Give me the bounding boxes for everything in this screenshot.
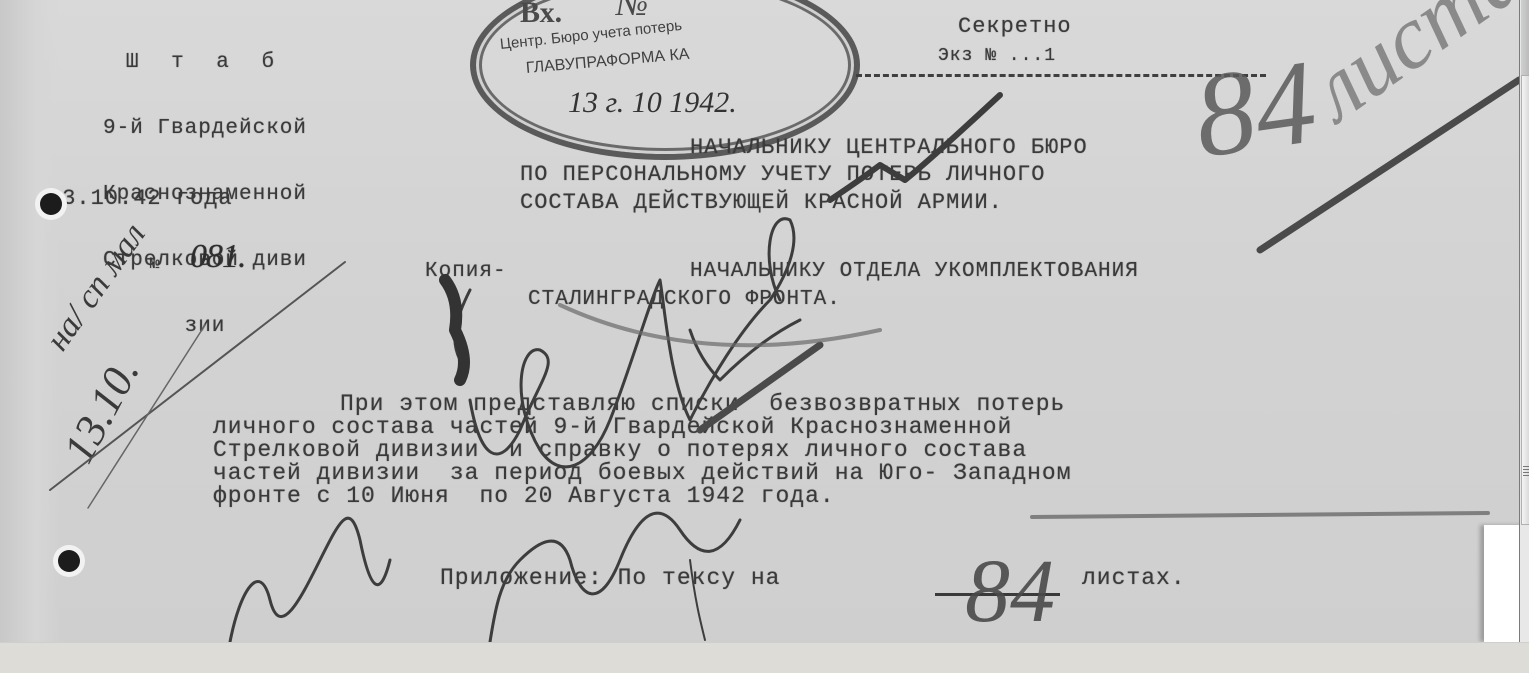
attachment-unit: листах.: [1082, 565, 1186, 591]
page-edge: [1484, 525, 1519, 642]
body-line-2: личного состава частей 9-й Гвардейской К…: [213, 416, 1012, 439]
scrollbar-track-top[interactable]: [1521, 0, 1529, 75]
scanned-document-image: Ш т а б 9-й Гвардейской Краснознаменной …: [0, 0, 1519, 642]
addressee-line-2: ПО ПЕРСОНАЛЬНОМУ УЧЕТУ ПОТЕРЬ ЛИЧНОГО: [520, 161, 1045, 188]
classification-label: Секретно: [958, 14, 1072, 39]
addressee-line-3: СОСТАВА ДЕЙСТВУЮЩЕЙ КРАСНОЙ АРМИИ.: [520, 189, 1003, 216]
document-viewer: Ш т а б 9-й Гвардейской Краснознаменной …: [0, 0, 1529, 673]
punch-hole-top: [40, 193, 62, 215]
attachment-count: 84: [965, 540, 1055, 642]
stamp-prefix: Вх.: [520, 0, 562, 30]
stamp-date: 13 г. 10 1942.: [568, 86, 737, 120]
body-line-3: Стрелковой дивизии и справку о потерях л…: [213, 439, 1027, 462]
top-right-handwritten-word: листа: [1292, 0, 1519, 141]
vertical-scrollbar[interactable]: [1519, 0, 1529, 642]
grip-icon: [1523, 466, 1529, 478]
document-number: 081.: [190, 238, 246, 276]
copy-to-line-1: НАЧАЛЬНИКУ ОТДЕЛА УКОМПЛЕКТОВАНИЯ: [690, 260, 1139, 283]
viewer-bottom-bar: [0, 642, 1529, 673]
document-date: 13.10.42 года: [48, 186, 233, 211]
handwritten-underline: [1030, 511, 1490, 519]
addressee-line-1: НАЧАЛЬНИКУ ЦЕНТРАЛЬНОГО БЮРО: [690, 134, 1088, 161]
document-number-label: №: [150, 255, 161, 273]
copy-number: Экз № ...1: [938, 46, 1056, 66]
copy-to-line-2: СТАЛИНГРАДСКОГО ФРОНТА.: [528, 288, 841, 311]
attachment-label: Приложение: По тексу на: [440, 565, 780, 591]
hq-line-1: 9-й Гвардейской: [40, 118, 370, 140]
punch-hole-bottom: [58, 550, 80, 572]
body-line-5: фронте с 10 Июня по 20 Августа 1942 года…: [213, 485, 835, 508]
scrollbar-thumb[interactable]: [1521, 75, 1529, 525]
copy-to-label: Копия-: [425, 260, 507, 283]
body-line-4: частей дивизии за период боевых действий…: [213, 462, 1072, 485]
hq-title: Ш т а б: [40, 52, 370, 74]
body-line-1: При этом представляю списки безвозвратны…: [340, 393, 1065, 416]
